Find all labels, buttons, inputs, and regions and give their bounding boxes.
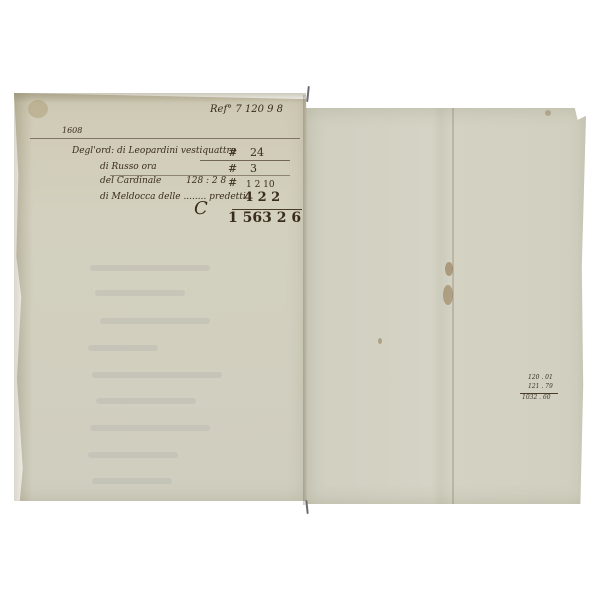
entry-amount: 3 [250, 162, 257, 175]
binding-thread-top [306, 86, 310, 102]
stain [443, 285, 453, 305]
entry-marker: # [228, 146, 237, 159]
entry-amount: 1 2 10 [246, 180, 275, 190]
stain [445, 262, 453, 276]
binding-gutter [303, 95, 307, 505]
entry-label: di Meldocca delle ........ predetti [100, 192, 246, 202]
left-page-edge-wear [14, 93, 32, 501]
right-page [306, 108, 586, 504]
header-rule [30, 138, 300, 139]
entry-marker: # [228, 162, 237, 175]
margin-calc-line: 121 . 79 [528, 383, 553, 390]
bleed-through-text [92, 478, 172, 484]
margin-calc-total: 1032 . 60 [522, 394, 551, 401]
bleed-through-text [88, 345, 158, 351]
bleed-through-text [96, 398, 196, 404]
manuscript-spread: Ref° 7 120 9 8 1608 Degl'ord: di Leopard… [0, 0, 600, 600]
bleed-through-text [90, 265, 210, 271]
stain [378, 338, 382, 344]
stain [545, 110, 551, 116]
reference-number: Ref° 7 120 9 8 [210, 104, 283, 115]
entry-label: Degl'ord: di Leopardini vestiquattro [72, 146, 236, 156]
entry-rule [200, 160, 290, 161]
entry-amount: 24 [250, 146, 264, 159]
ledger-total: 1 563 2 6 [228, 210, 301, 226]
stain [28, 100, 48, 118]
entry-marker: # [228, 176, 237, 189]
entry-amount: 4 2 2 [244, 190, 280, 205]
bleed-through-text [100, 318, 210, 324]
bleed-through-text [90, 425, 210, 431]
entry-note: 128 : 2 8 [186, 176, 226, 186]
year-heading: 1608 [62, 126, 82, 135]
right-page-fold-crease [452, 108, 454, 504]
entry-label: di Russo ora [100, 162, 157, 172]
margin-calc-line: 120 . 01 [528, 374, 553, 381]
entry-label: del Cardinale [100, 176, 161, 186]
bleed-through-text [88, 452, 178, 458]
flourish: C [194, 198, 208, 219]
bleed-through-text [95, 290, 185, 296]
left-page-top-wear [14, 93, 306, 103]
bleed-through-text [92, 372, 222, 378]
